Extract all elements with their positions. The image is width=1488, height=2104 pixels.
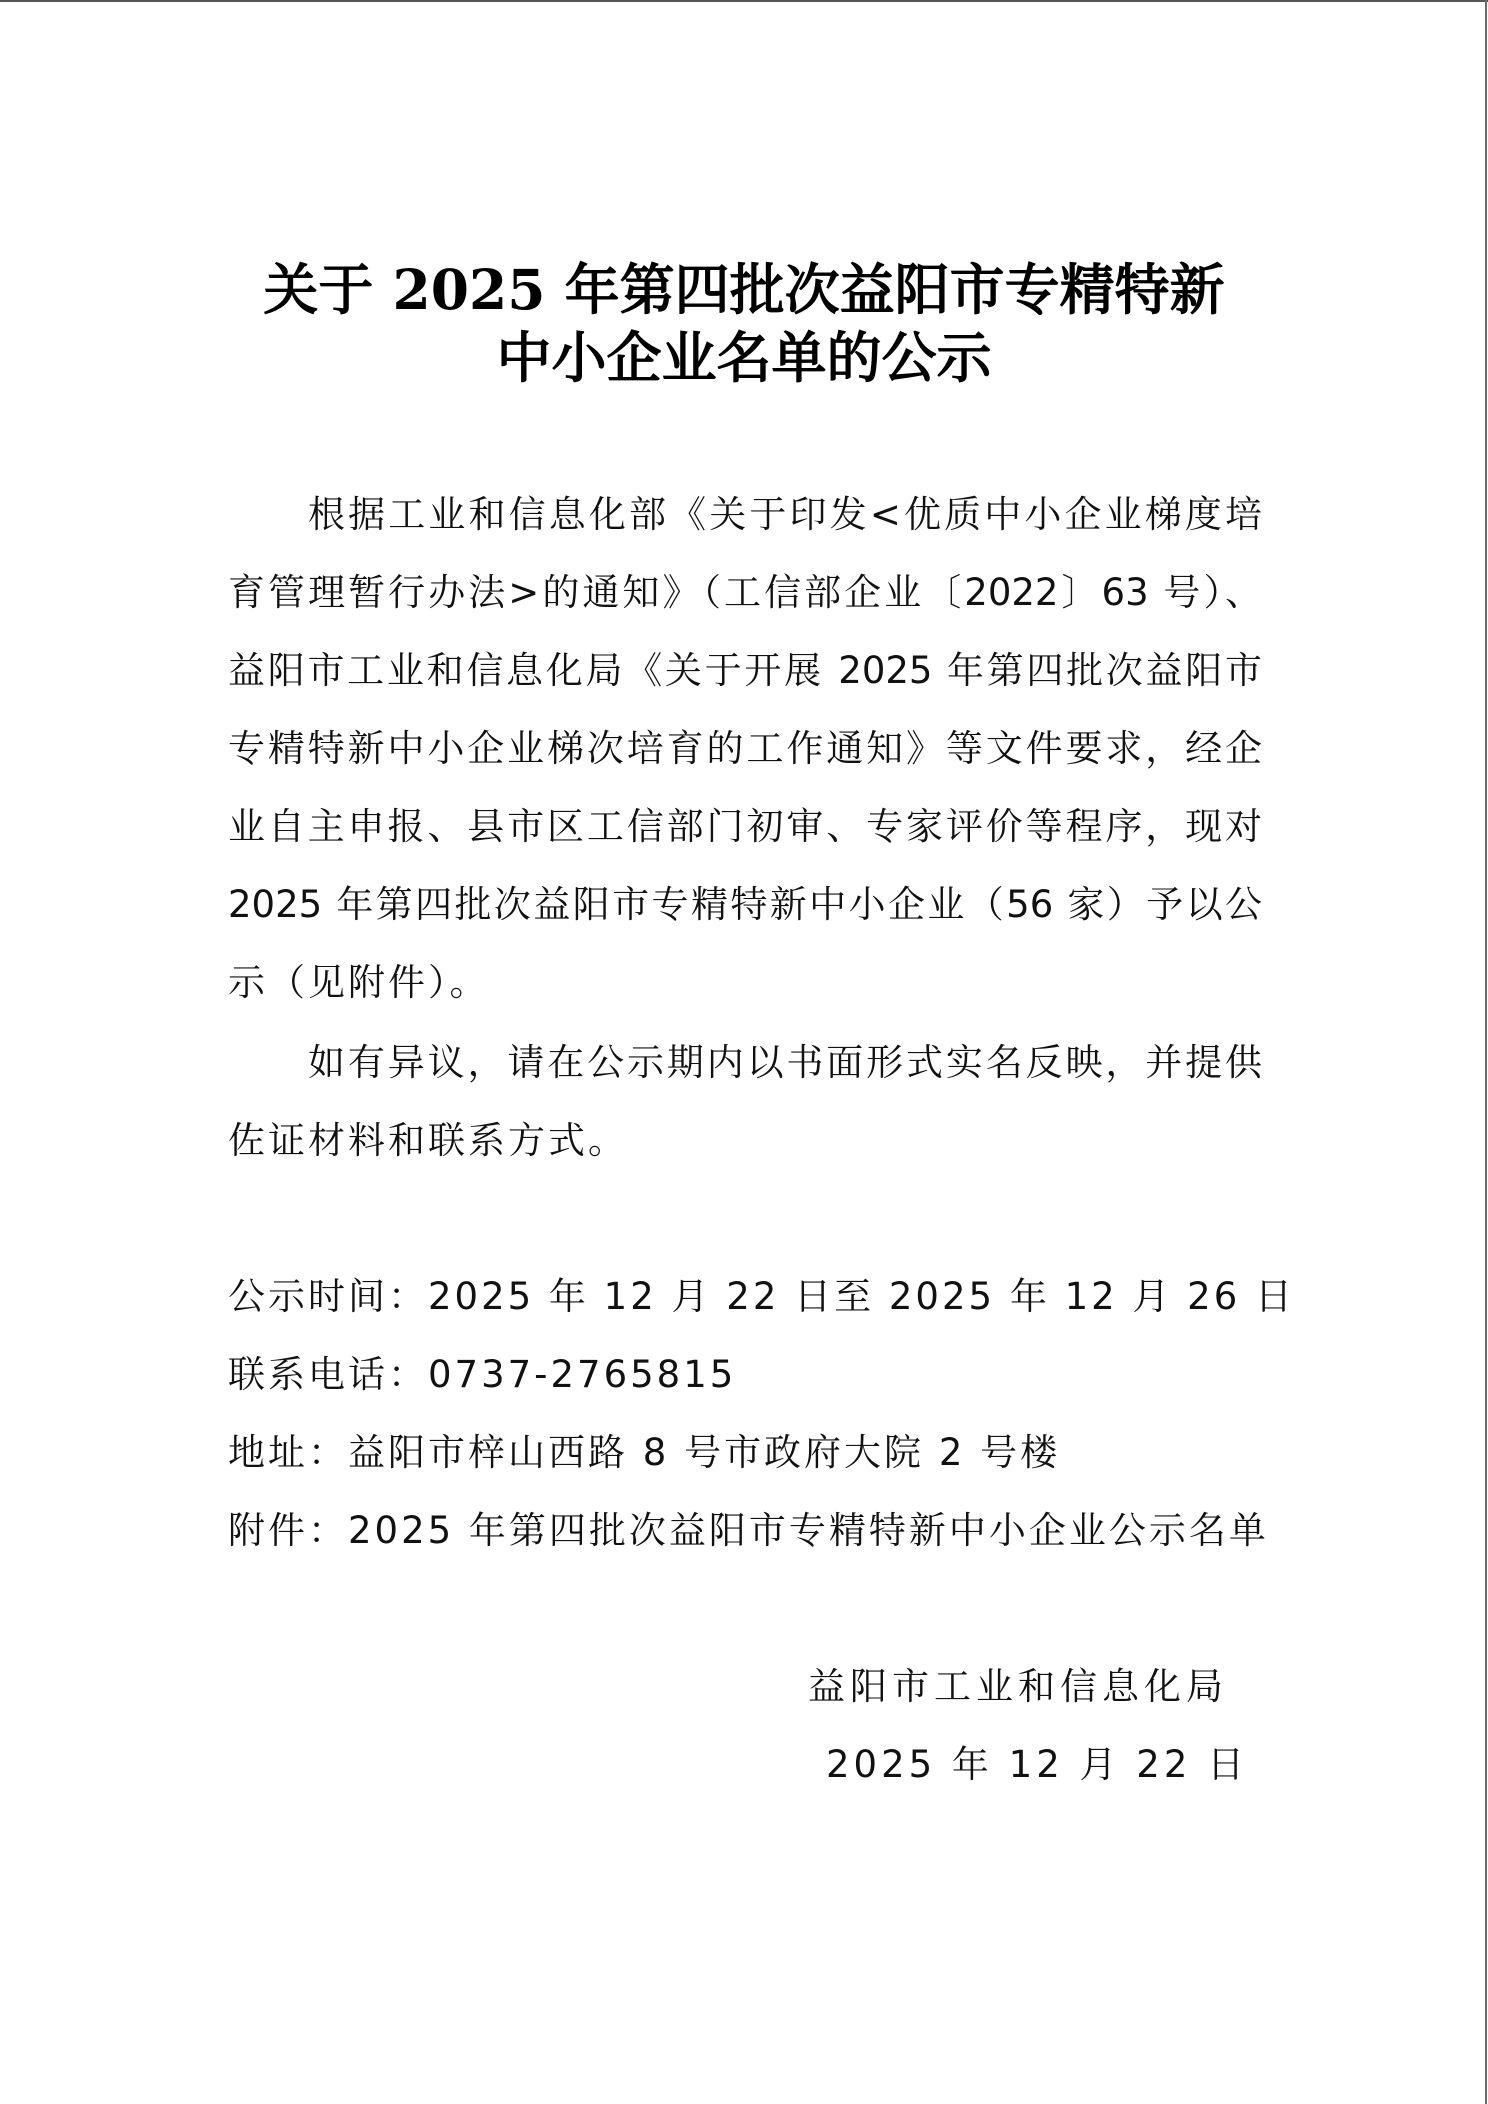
publicity-period-value: 2025 年 12 月 22 日至 2025 年 12 月 26 日: [428, 1275, 1295, 1318]
attachment-label: 附件：: [228, 1509, 348, 1552]
paragraph-line: 育管理暂行办法>的通知》（工信部企业〔2022〕63 号）、: [228, 554, 1262, 632]
publicity-period: 公示时间：2025 年 12 月 22 日至 2025 年 12 月 26 日: [228, 1258, 1295, 1336]
address-label: 地址：: [228, 1431, 348, 1474]
issue-date: 2025 年 12 月 22 日: [826, 1726, 1248, 1804]
page-border-top: [0, 0, 1488, 2]
paragraph-line: 业自主申报、县市区工信部门初审、专家评价等程序，现对: [228, 788, 1262, 866]
publicity-period-label: 公示时间：: [228, 1275, 428, 1318]
paragraph-line: 佐证材料和联系方式。: [228, 1102, 1262, 1180]
attachment-value: 2025 年第四批次益阳市专精特新中小企业公示名单: [348, 1509, 1269, 1552]
contact-phone-value: 0737-2765815: [428, 1353, 736, 1396]
contact-phone: 联系电话：0737-2765815: [228, 1336, 736, 1414]
document-title-line-2: 中小企业名单的公示: [0, 324, 1488, 392]
paragraph-line: 益阳市工业和信息化局《关于开展 2025 年第四批次益阳市: [228, 632, 1262, 710]
paragraph-line: 示（见附件）。: [228, 944, 1262, 1022]
attachment: 附件：2025 年第四批次益阳市专精特新中小企业公示名单: [228, 1492, 1269, 1570]
address-value: 益阳市梓山西路 8 号市政府大院 2 号楼: [348, 1431, 1060, 1474]
paragraph-line: 2025 年第四批次益阳市专精特新中小企业（56 家）予以公: [228, 866, 1262, 944]
address: 地址：益阳市梓山西路 8 号市政府大院 2 号楼: [228, 1414, 1060, 1492]
paragraph-line: 如有异议，请在公示期内以书面形式实名反映，并提供: [228, 1024, 1262, 1102]
paragraph-line: 根据工业和信息化部《关于印发<优质中小企业梯度培: [228, 476, 1262, 554]
document-title-line-1: 关于 2025 年第四批次益阳市专精特新: [0, 256, 1488, 324]
paragraph-line: 专精特新中小企业梯次培育的工作通知》等文件要求，经企: [228, 710, 1262, 788]
issuing-organization: 益阳市工业和信息化局: [808, 1648, 1228, 1726]
contact-phone-label: 联系电话：: [228, 1353, 428, 1396]
